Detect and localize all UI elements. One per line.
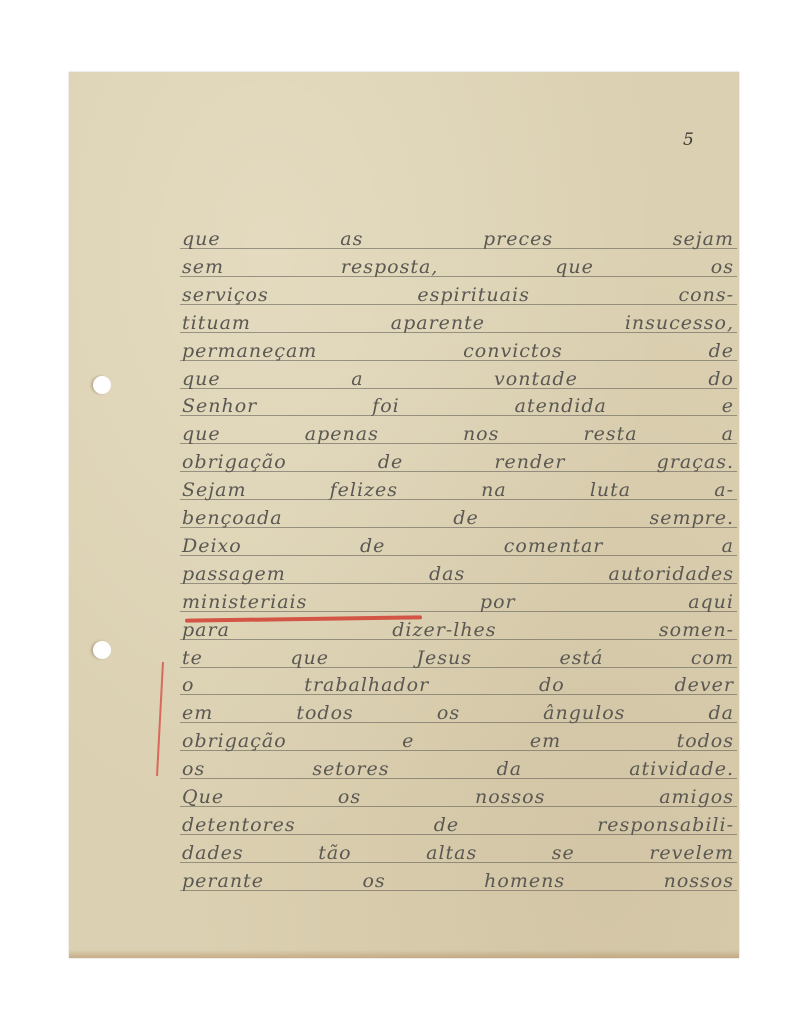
text-line: obrigação de render graças. bbox=[182, 450, 734, 474]
text-line: Que os nossos amigos bbox=[182, 785, 734, 809]
text-line: permaneçam convictos de bbox=[182, 339, 734, 363]
punch-hole-bottom bbox=[93, 641, 111, 659]
text-line: perante os homens nossos bbox=[182, 869, 734, 893]
text-line: que as preces sejam bbox=[182, 227, 734, 251]
text-line: serviços espirituais cons- bbox=[182, 283, 734, 307]
text-line: passagem das autoridades bbox=[182, 562, 734, 586]
text-line: em todos os ângulos da bbox=[182, 701, 734, 725]
text-line: dades tão altas se revelem bbox=[182, 841, 734, 865]
page-number: 5 bbox=[683, 130, 694, 150]
text-line: o trabalhador do dever bbox=[182, 673, 734, 697]
punch-hole-top bbox=[93, 376, 111, 394]
text-line: Sejam felizes na luta a- bbox=[182, 478, 734, 502]
text-line: que a vontade do bbox=[182, 367, 734, 391]
red-pencil-margin-mark bbox=[156, 662, 164, 776]
text-line: que apenas nos resta a bbox=[182, 422, 734, 446]
text-line: Senhor foi atendida e bbox=[182, 394, 734, 418]
text-line: te que Jesus está com bbox=[182, 646, 734, 670]
text-line: obrigação e em todos bbox=[182, 729, 734, 753]
text-line: ministeriais por aqui bbox=[182, 590, 734, 614]
text-line: sem resposta, que os bbox=[182, 255, 734, 279]
text-line: tituam aparente insucesso, bbox=[182, 311, 734, 335]
text-line: os setores da atividade. bbox=[182, 757, 734, 781]
text-line: detentores de responsabili- bbox=[182, 813, 734, 837]
manuscript-page: 5 que as preces sejam sem resposta, que … bbox=[69, 72, 739, 958]
text-line: Deixo de comentar a bbox=[182, 534, 734, 558]
text-line: bençoada de sempre. bbox=[182, 506, 734, 530]
